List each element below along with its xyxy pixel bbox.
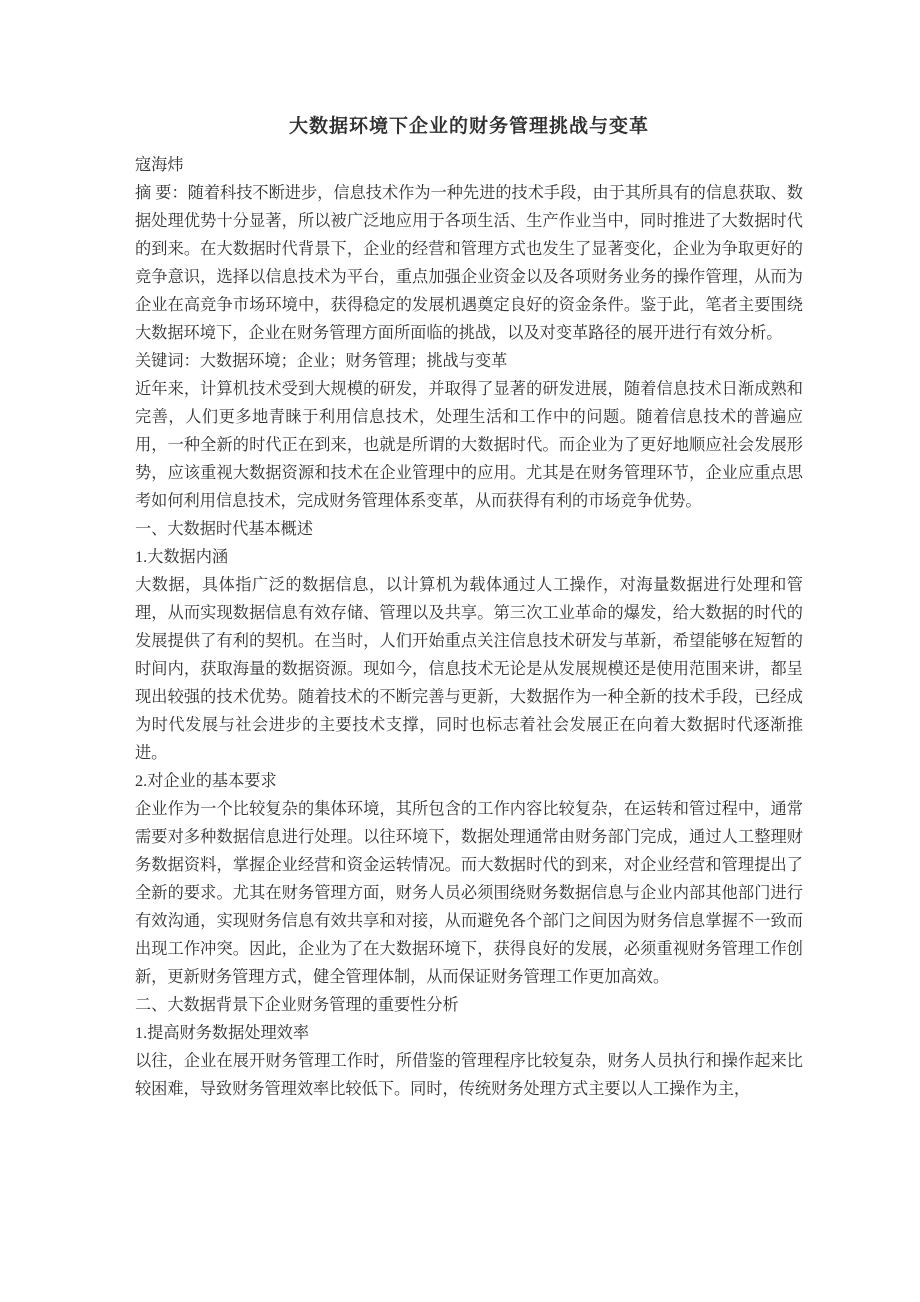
document-body: 摘 要：随着科技不断进步，信息技术作为一种先进的技术手段，由于其所具有的信息获取… [135, 179, 803, 1103]
body-paragraph: 关键词：大数据环境；企业；财务管理；挑战与变革 [135, 347, 803, 375]
sub-heading: 2.对企业的基本要求 [135, 767, 803, 795]
body-paragraph: 大数据，具体指广泛的数据信息，以计算机为载体通过人工操作，对海量数据进行处理和管… [135, 571, 803, 767]
body-paragraph: 企业作为一个比较复杂的集体环境，其所包含的工作内容比较复杂，在运转和管过程中，通… [135, 795, 803, 991]
author-name: 寇海炜 [135, 151, 803, 179]
document-content: 大数据环境下企业的财务管理挑战与变革 寇海炜 摘 要：随着科技不断进步，信息技术… [135, 112, 803, 1103]
body-paragraph: 近年来，计算机技术受到大规模的研发，并取得了显著的研发进展，随着信息技术日渐成熟… [135, 375, 803, 515]
document-page: 大数据环境下企业的财务管理挑战与变革 寇海炜 摘 要：随着科技不断进步，信息技术… [0, 0, 920, 1302]
section-heading: 一、大数据时代基本概述 [135, 515, 803, 543]
section-heading: 二、大数据背景下企业财务管理的重要性分析 [135, 991, 803, 1019]
body-paragraph: 以往，企业在展开财务管理工作时，所借鉴的管理程序比较复杂，财务人员执行和操作起来… [135, 1047, 803, 1103]
page-title: 大数据环境下企业的财务管理挑战与变革 [135, 112, 803, 142]
sub-heading: 1.大数据内涵 [135, 543, 803, 571]
sub-heading: 1.提高财务数据处理效率 [135, 1019, 803, 1047]
body-paragraph: 摘 要：随着科技不断进步，信息技术作为一种先进的技术手段，由于其所具有的信息获取… [135, 179, 803, 347]
